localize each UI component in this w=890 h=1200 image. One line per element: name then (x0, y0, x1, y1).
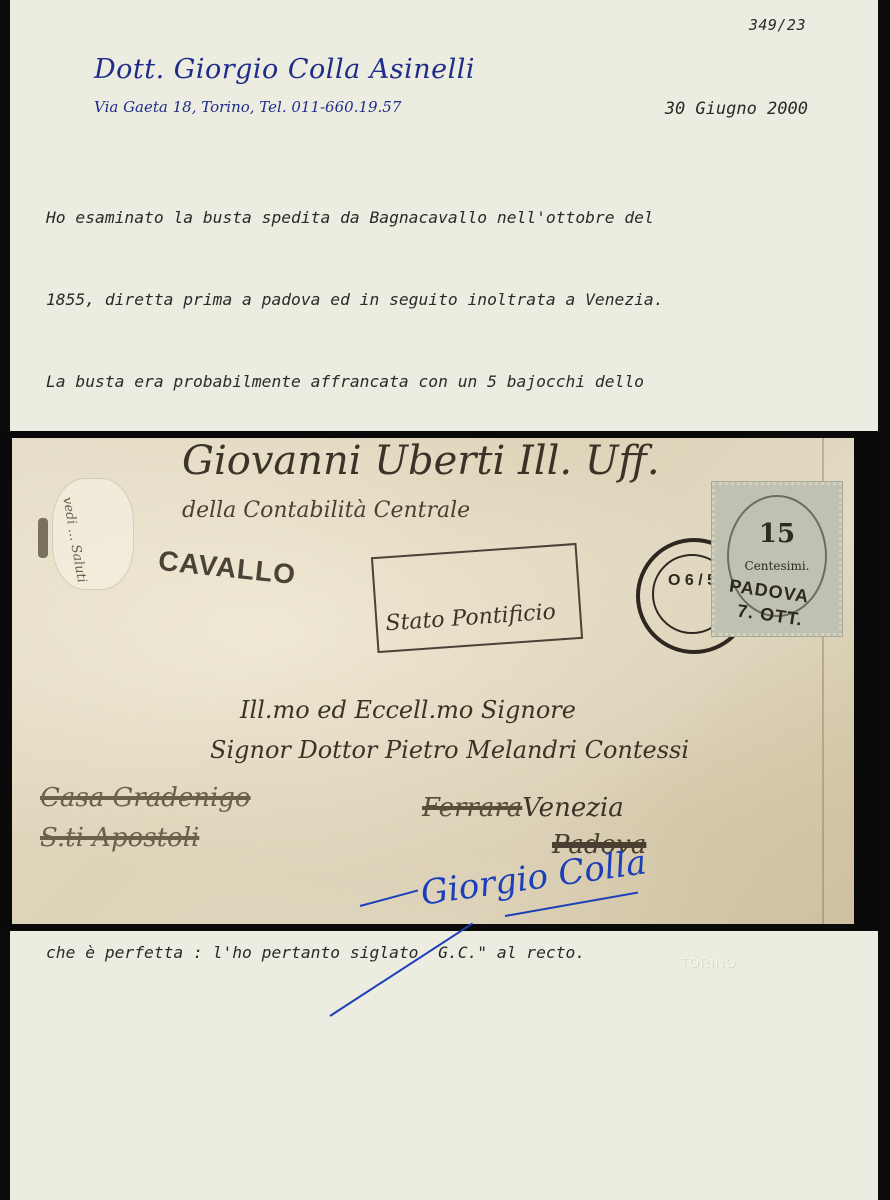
stamp-value: 15 (715, 519, 839, 549)
issuer-name: Dott. Giorgio Colla Asinelli (94, 54, 475, 85)
ink-blot (38, 518, 48, 558)
issuer-address: Via Gaeta 18, Torino, Tel. 011-660.19.57 (94, 98, 401, 116)
certificate-date: 30 Giugno 2000 (665, 99, 808, 119)
body-line: 1855, diretta prima a padova ed in segui… (46, 286, 846, 313)
revenue-stamp: 15 Centesimi. PADOVA 7. OTT. (712, 482, 842, 636)
town-cancel: CAVALLO (157, 545, 298, 591)
embossed-seal: TORINO (680, 955, 736, 970)
body-line: Ho esaminato la busta spedita da Bagnaca… (46, 204, 846, 231)
old-address-line: Casa Gradenigo (40, 783, 251, 813)
removed-stamp-area (52, 478, 134, 590)
postal-cover-photo: vedi ... Saluti Giovanni Uberti Ill. Uff… (12, 438, 854, 924)
reference-number: 349/23 (749, 16, 806, 34)
boxed-cancel-text: Stato Pontificio (385, 600, 557, 637)
destination-struck: Ferrara (422, 793, 522, 823)
boxed-cancel: Stato Pontificio (371, 543, 583, 653)
salutation: Ill.mo ed Eccell.mo Signore (240, 696, 576, 724)
addressee-office: della Contabilità Centrale (182, 498, 470, 523)
body-line: La busta era probabilmente affrancata co… (46, 368, 846, 395)
destination-current: Venezia (522, 793, 623, 823)
recipient-name: Signor Dottor Pietro Melandri Contessi (210, 736, 689, 764)
stamp-denomination: Centesimi. (715, 559, 839, 573)
destination: FerraraVenezia (422, 793, 624, 823)
old-address-line: S.ti Apostoli (40, 823, 199, 853)
addressee-name: Giovanni Uberti Ill. Uff. (182, 438, 660, 484)
